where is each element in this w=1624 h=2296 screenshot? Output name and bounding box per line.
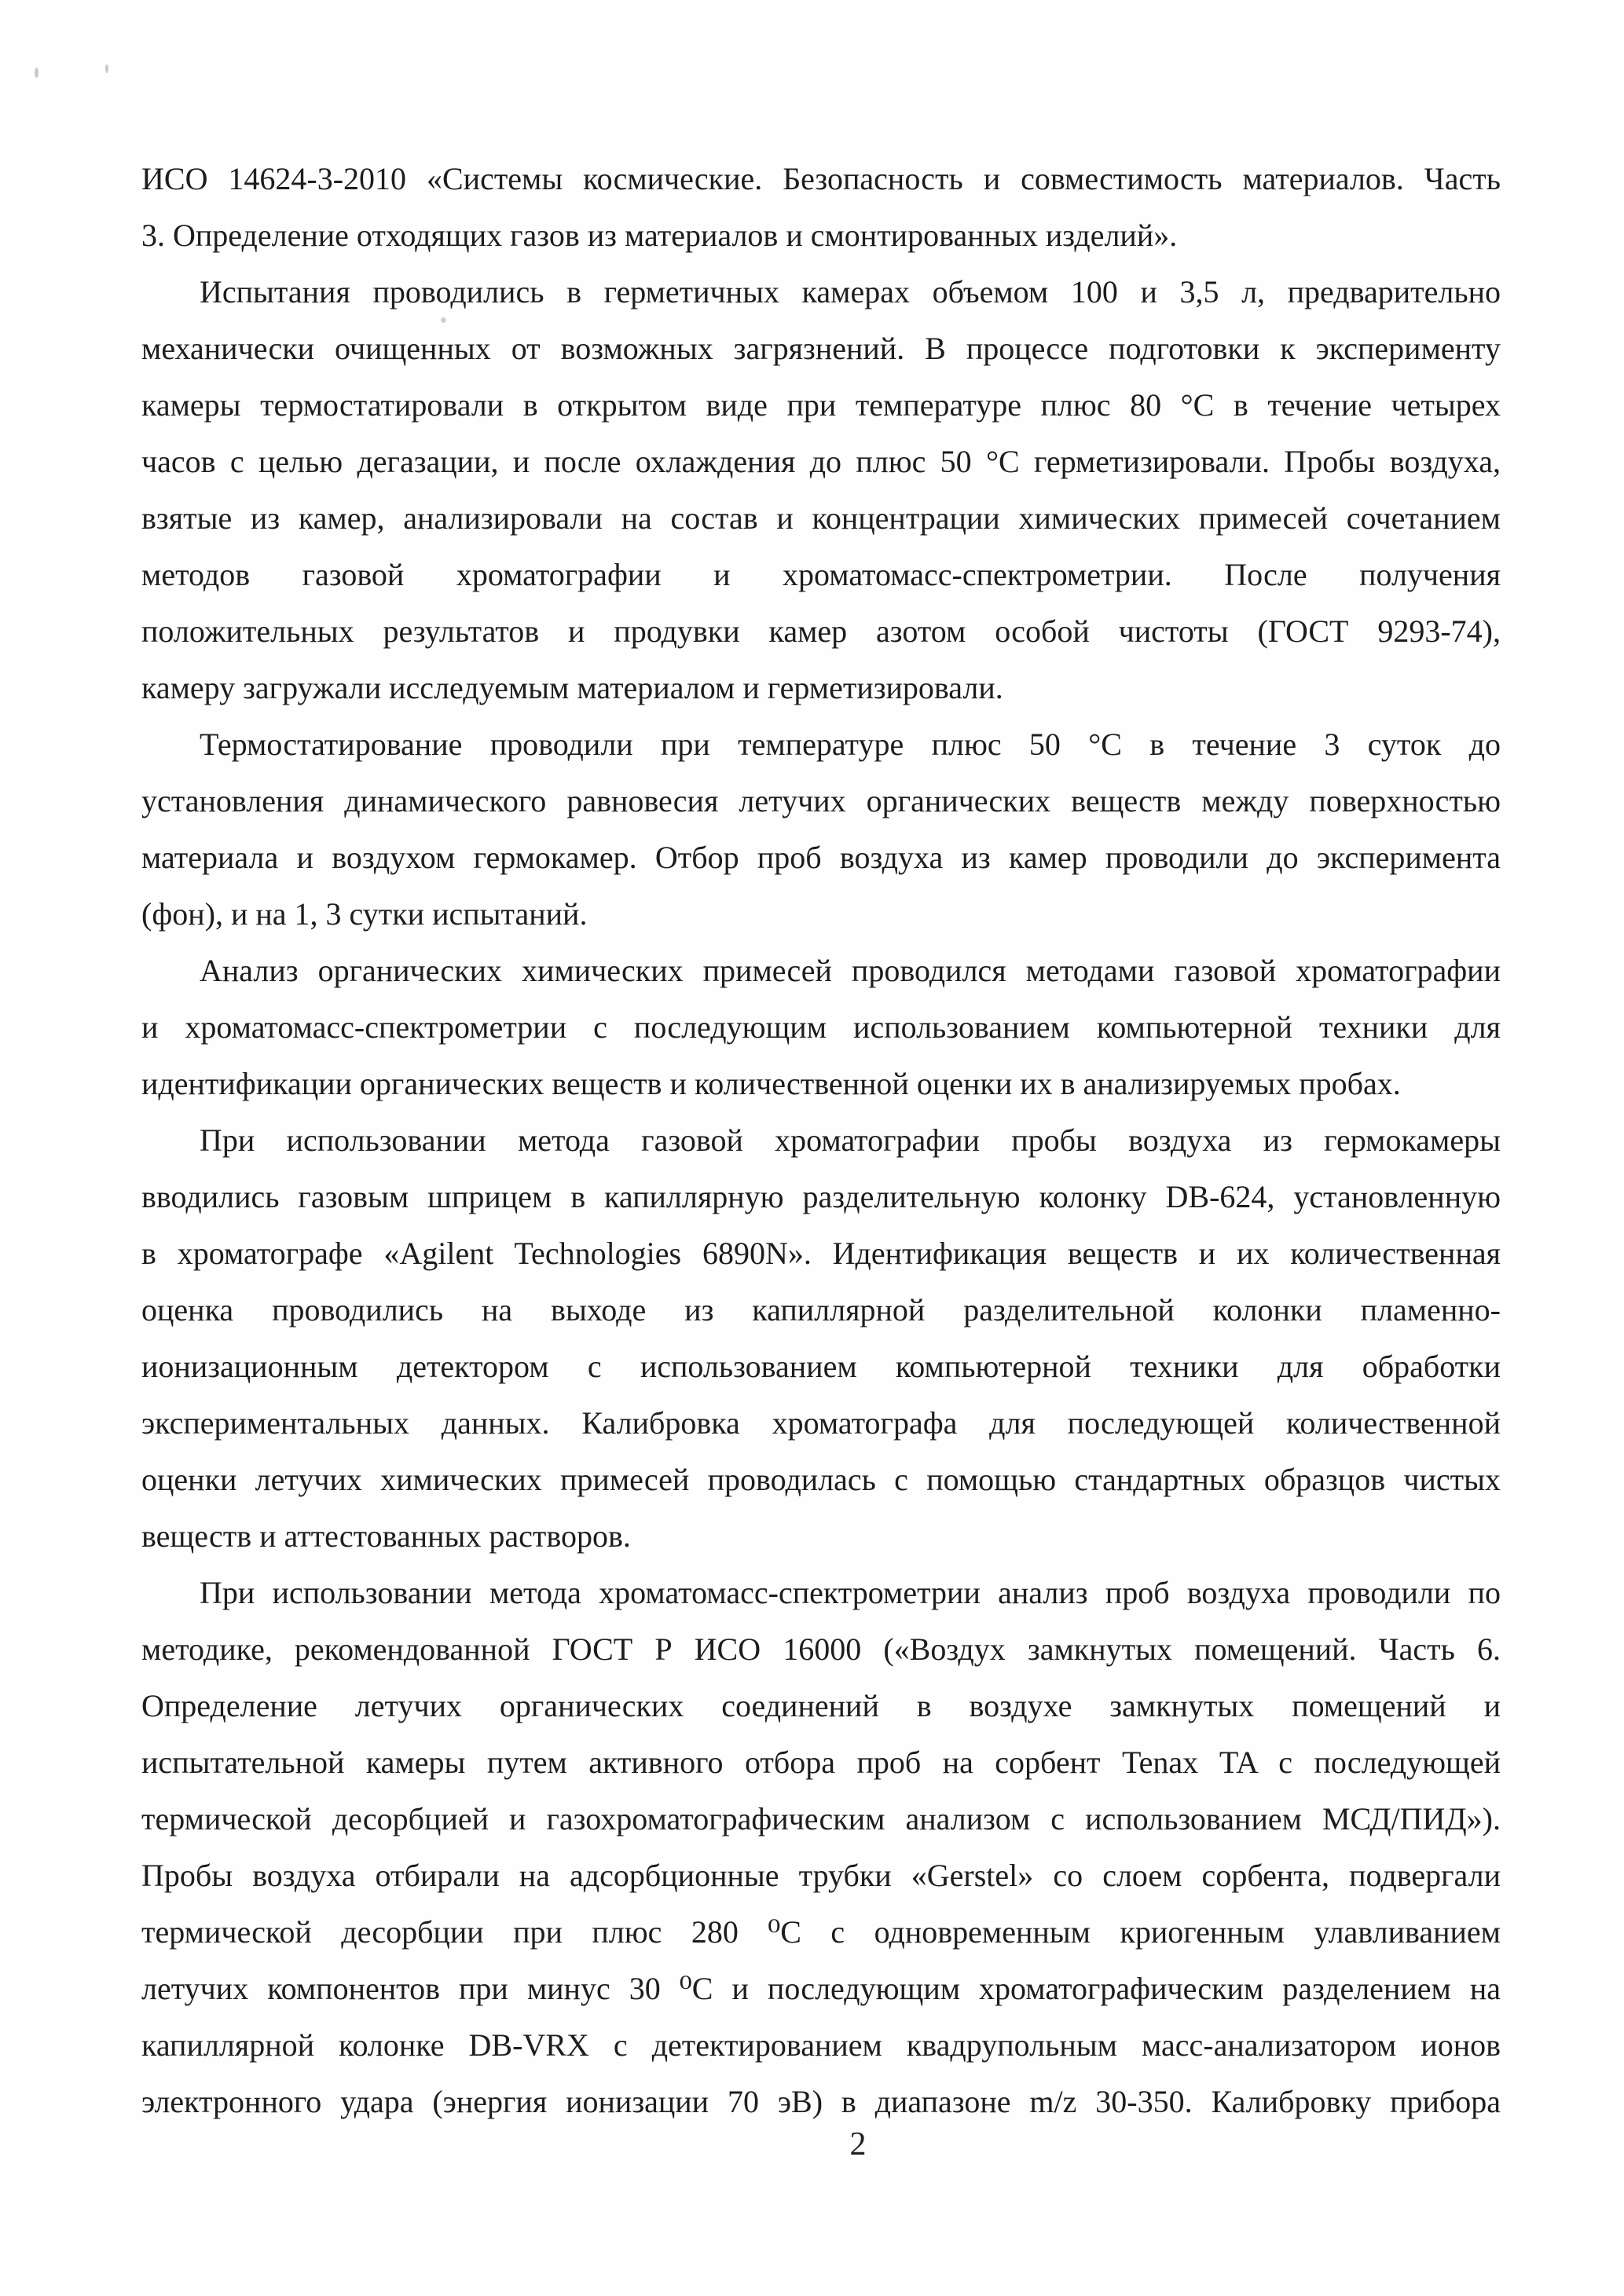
text-line: экспериментальных данных. Калибровка хро… — [141, 1395, 1501, 1452]
text-line: термической десорбции при плюс 280 ⁰С с … — [141, 1904, 1501, 1961]
scan-artifact-speck — [105, 64, 108, 73]
text-line: Термостатирование проводили при температ… — [141, 716, 1501, 773]
scan-artifact-speck — [35, 68, 38, 78]
document-text: ИСО 14624-3-2010 «Системы космические. Б… — [141, 151, 1501, 2130]
text-line: Анализ органических химических примесей … — [141, 943, 1501, 999]
text-line: ИСО 14624-3-2010 «Системы космические. Б… — [141, 151, 1501, 207]
text-line: (фон), и на 1, 3 сутки испытаний. — [141, 886, 1501, 943]
text-line: 3. Определение отходящих газов из матери… — [141, 207, 1501, 264]
text-line: и хроматомасс-спектрометрии с последующи… — [141, 999, 1501, 1056]
text-line: вводились газовым шприцем в капиллярную … — [141, 1169, 1501, 1225]
text-line: часов с целью дегазации, и после охлажде… — [141, 434, 1501, 490]
text-line: оценки летучих химических примесей прово… — [141, 1452, 1501, 1508]
text-line: испытательной камеры путем активного отб… — [141, 1734, 1501, 1791]
text-line: взятые из камер, анализировали на состав… — [141, 490, 1501, 547]
text-line: в хроматографе «Agilent Technologies 689… — [141, 1225, 1501, 1282]
text-line: методов газовой хроматографии и хроматом… — [141, 547, 1501, 603]
text-line: методике, рекомендованной ГОСТ Р ИСО 160… — [141, 1621, 1501, 1678]
text-line: электронного удара (энергия ионизации 70… — [141, 2074, 1501, 2130]
text-line: механически очищенных от возможных загря… — [141, 320, 1501, 377]
text-line: положительных результатов и продувки кам… — [141, 603, 1501, 660]
text-line: веществ и аттестованных растворов. — [141, 1508, 1501, 1565]
scanned-page: ИСО 14624-3-2010 «Системы космические. Б… — [0, 0, 1624, 2296]
text-line: оценка проводились на выходе из капилляр… — [141, 1282, 1501, 1338]
text-line: капиллярной колонке DB-VRX с детектирова… — [141, 2017, 1501, 2074]
text-line: камеру загружали исследуемым материалом … — [141, 660, 1501, 716]
text-line: термической десорбцией и газохроматограф… — [141, 1791, 1501, 1847]
text-line: Пробы воздуха отбирали на адсорбционные … — [141, 1847, 1501, 1904]
text-line: При использовании метода хроматомасс-спе… — [141, 1565, 1501, 1621]
text-line: материала и воздухом гермокамер. Отбор п… — [141, 829, 1501, 886]
text-line: идентификации органических веществ и кол… — [141, 1056, 1501, 1112]
text-line: летучих компонентов при минус 30 ⁰С и по… — [141, 1961, 1501, 2017]
text-line: ионизационным детектором с использование… — [141, 1338, 1501, 1395]
text-line: При использовании метода газовой хромато… — [141, 1112, 1501, 1169]
text-line: Определение летучих органических соедине… — [141, 1678, 1501, 1734]
page-number: 2 — [850, 2126, 867, 2163]
text-line: камеры термостатировали в открытом виде … — [141, 377, 1501, 434]
text-line: установления динамического равновесия ле… — [141, 773, 1501, 829]
text-line: Испытания проводились в герметичных каме… — [141, 264, 1501, 320]
